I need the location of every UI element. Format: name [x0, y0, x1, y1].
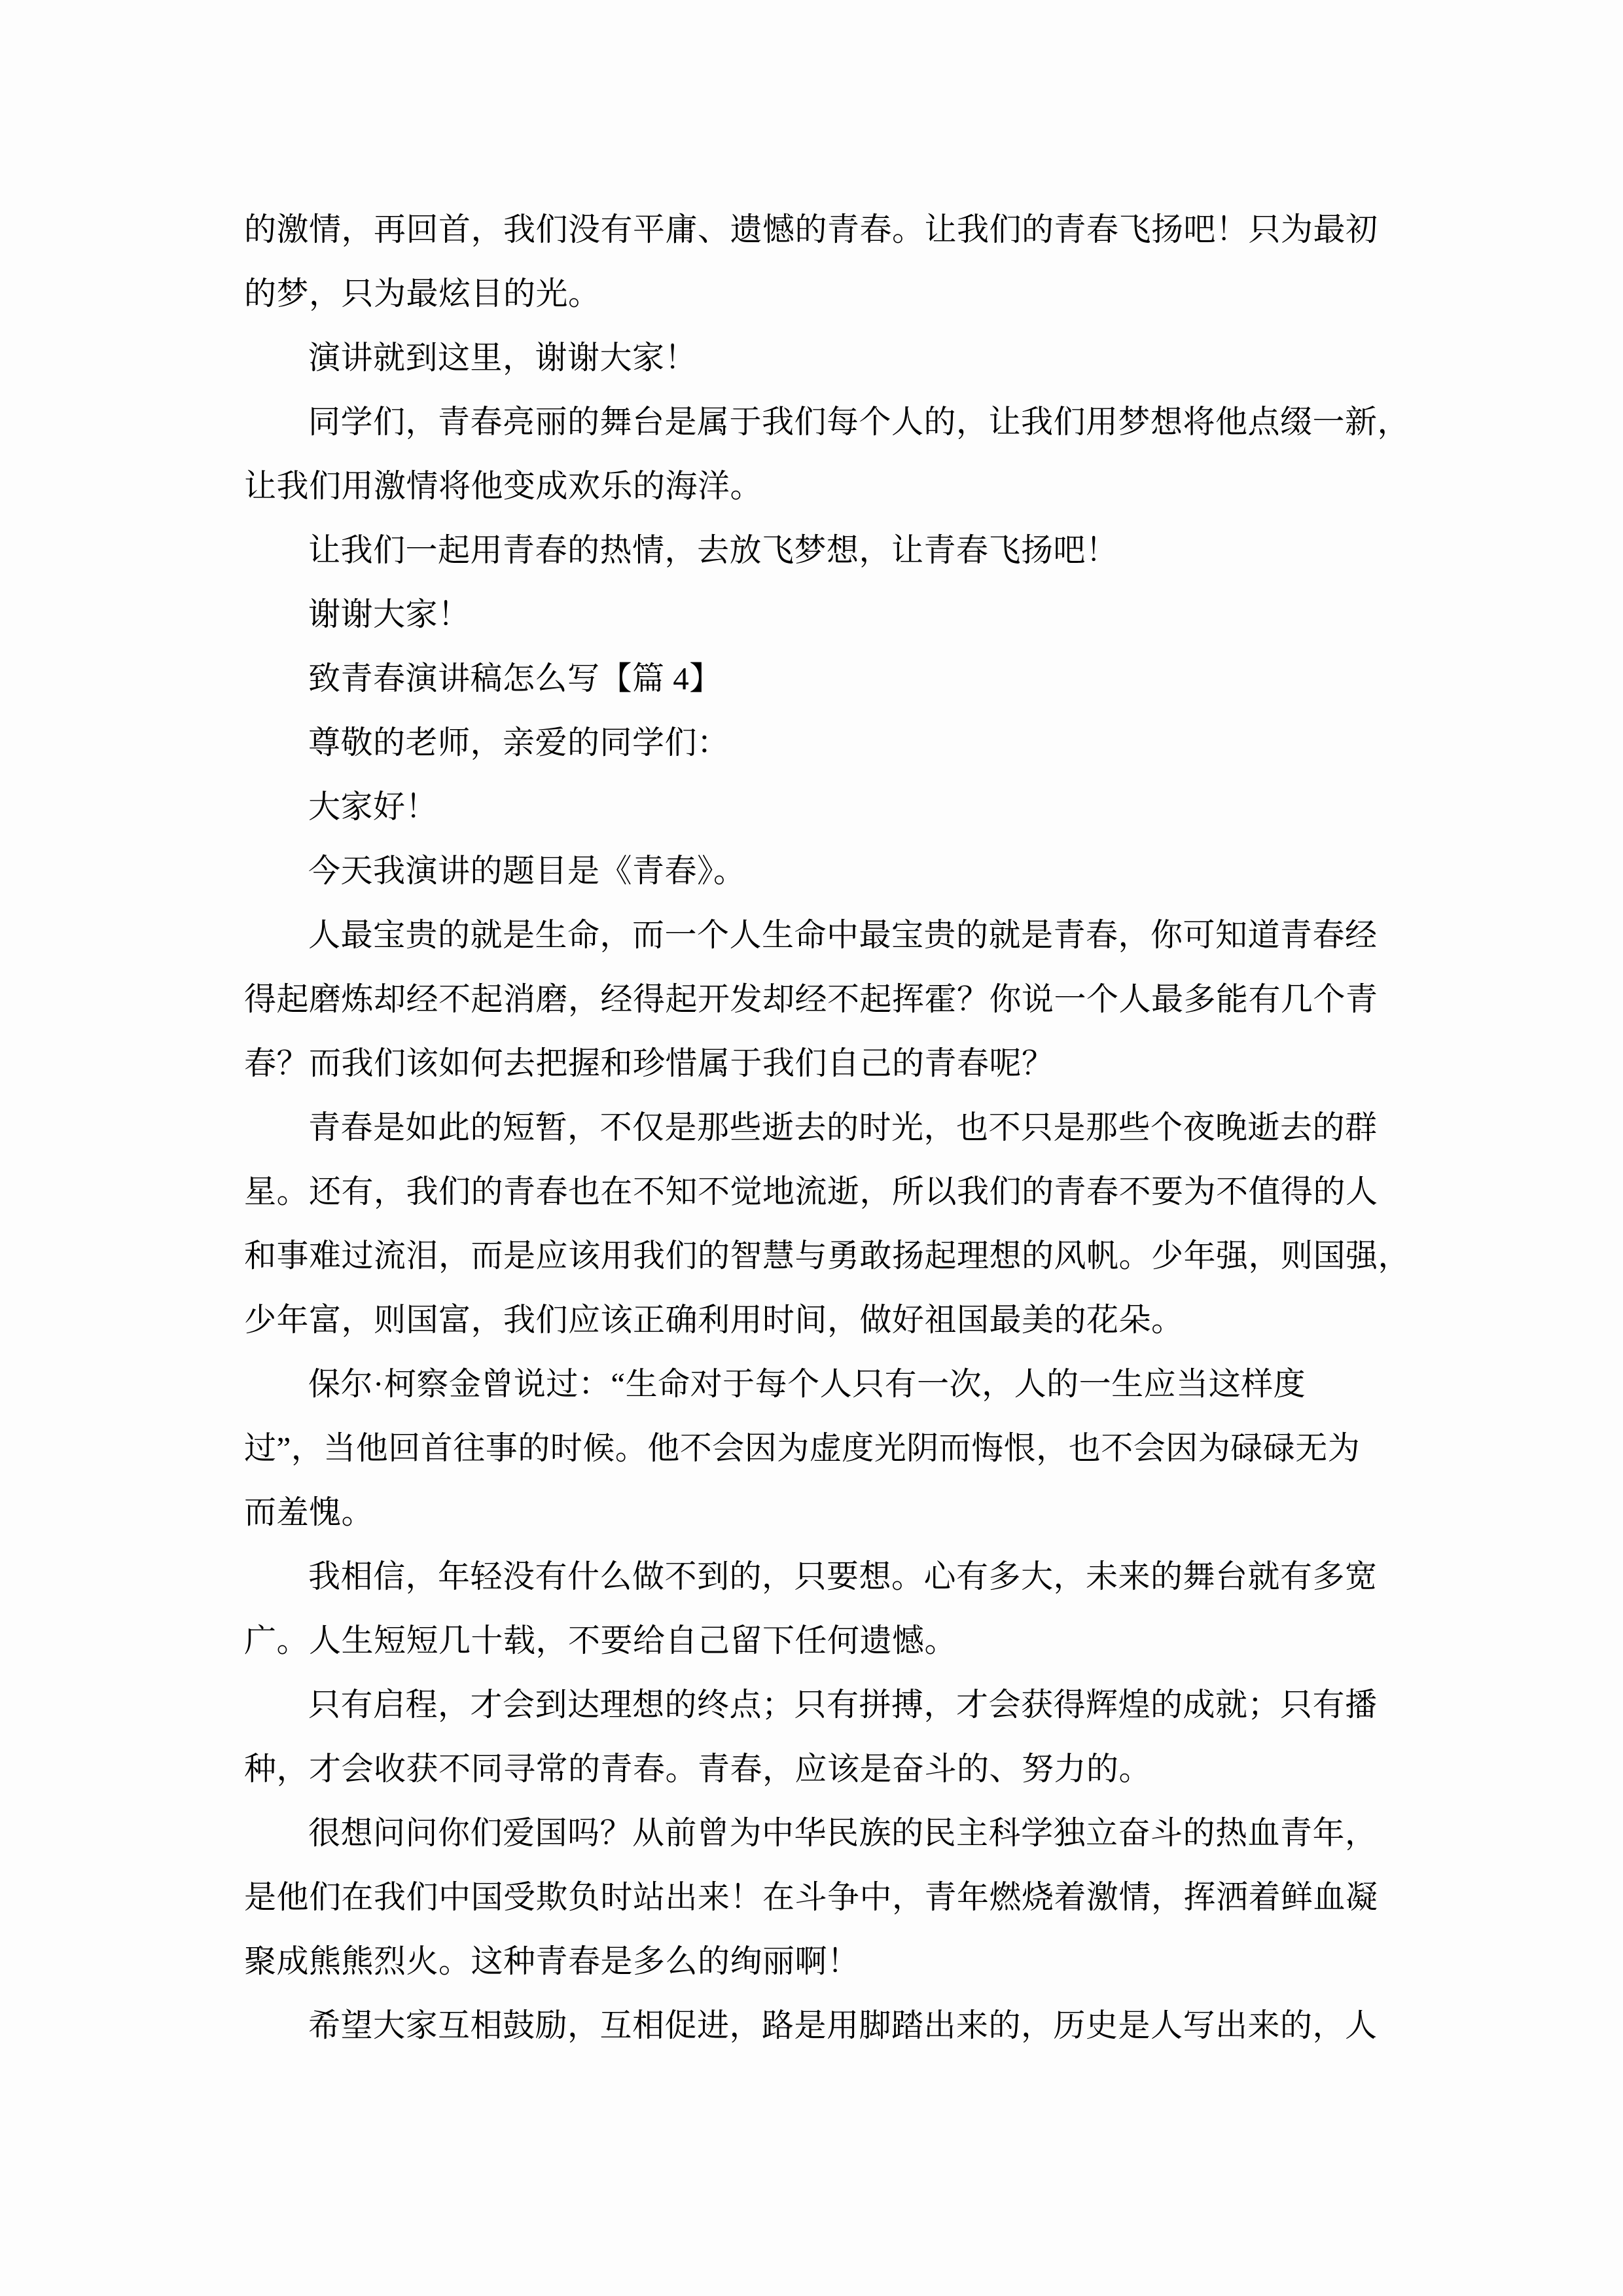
text-line: 希望大家互相鼓励，互相促进，路是用脚踏出来的，历史是人写出来的，人: [244, 1994, 1386, 2058]
text-line: 星。还有，我们的青春也在不知不觉地流逝，所以我们的青春不要为不值得的人: [244, 1160, 1386, 1224]
text-line: 青春是如此的短暂，不仅是那些逝去的时光，也不只是那些个夜晚逝去的群: [244, 1096, 1386, 1160]
text-line: 聚成熊熊烈火。这种青春是多么的绚丽啊！: [244, 1929, 1386, 1994]
text-line: 和事难过流泪，而是应该用我们的智慧与勇敢扬起理想的风帆。少年强，则国强，: [244, 1224, 1386, 1288]
text-line: 而羞愧。: [244, 1480, 1386, 1545]
text-line: 少年富，则国富，我们应该正确利用时间，做好祖国最美的花朵。: [244, 1288, 1386, 1352]
text-line: 让我们一起用青春的热情，去放飞梦想，让青春飞扬吧！: [244, 518, 1386, 583]
text-line: 过”，当他回首往事的时候。他不会因为虚度光阴而悔恨，也不会因为碌碌无为: [244, 1416, 1386, 1480]
document-page: 的激情，再回首，我们没有平庸、遗憾的青春。让我们的青春飞扬吧！只为最初的梦，只为…: [0, 0, 1623, 2296]
text-line: 保尔·柯察金曾说过：“生命对于每个人只有一次，人的一生应当这样度: [244, 1352, 1386, 1416]
text-line: 同学们，青春亮丽的舞台是属于我们每个人的，让我们用梦想将他点缀一新，: [244, 390, 1386, 454]
text-line: 演讲就到这里，谢谢大家！: [244, 326, 1386, 390]
text-line: 今天我演讲的题目是《青春》。: [244, 839, 1386, 903]
text-line: 致青春演讲稿怎么写【篇 4】: [244, 647, 1386, 711]
text-line: 春？而我们该如何去把握和珍惜属于我们自己的青春呢？: [244, 1031, 1386, 1096]
text-line: 我相信，年轻没有什么做不到的，只要想。心有多大，未来的舞台就有多宽: [244, 1545, 1386, 1609]
document-body: 的激情，再回首，我们没有平庸、遗憾的青春。让我们的青春飞扬吧！只为最初的梦，只为…: [244, 198, 1386, 2058]
text-line: 的梦，只为最炫目的光。: [244, 262, 1386, 326]
text-line: 让我们用激情将他变成欢乐的海洋。: [244, 454, 1386, 518]
text-line: 谢谢大家！: [244, 583, 1386, 647]
text-line: 广。人生短短几十载，不要给自己留下任何遗憾。: [244, 1609, 1386, 1673]
text-line: 只有启程，才会到达理想的终点；只有拼搏，才会获得辉煌的成就；只有播: [244, 1673, 1386, 1737]
text-line: 是他们在我们中国受欺负时站出来！在斗争中，青年燃烧着激情，挥洒着鲜血凝: [244, 1865, 1386, 1929]
text-line: 种，才会收获不同寻常的青春。青春，应该是奋斗的、努力的。: [244, 1737, 1386, 1801]
text-line: 尊敬的老师，亲爱的同学们：: [244, 711, 1386, 775]
text-line: 很想问问你们爱国吗？从前曾为中华民族的民主科学独立奋斗的热血青年，: [244, 1801, 1386, 1865]
text-line: 的激情，再回首，我们没有平庸、遗憾的青春。让我们的青春飞扬吧！只为最初: [244, 198, 1386, 262]
text-line: 大家好！: [244, 775, 1386, 839]
text-line: 得起磨炼却经不起消磨，经得起开发却经不起挥霍？你说一个人最多能有几个青: [244, 967, 1386, 1031]
text-line: 人最宝贵的就是生命，而一个人生命中最宝贵的就是青春，你可知道青春经: [244, 903, 1386, 967]
